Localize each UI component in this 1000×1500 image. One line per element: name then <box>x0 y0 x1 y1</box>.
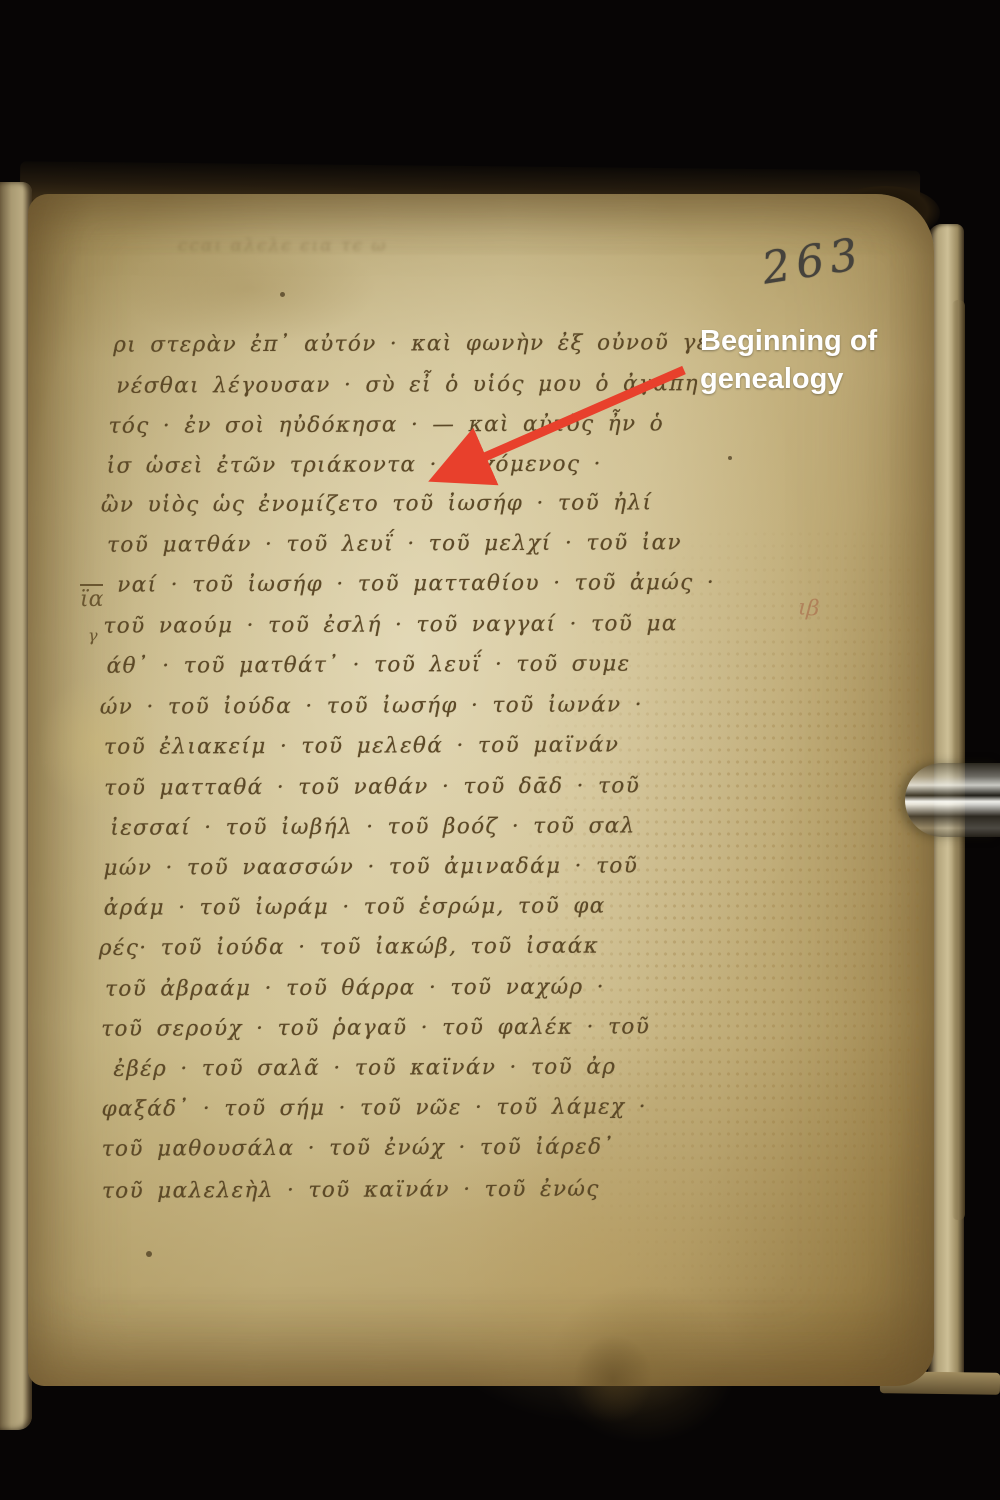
manuscript-line: τοῦ ναούμ · τοῦ ἐσλή · τοῦ ναγγαί · τοῦ … <box>103 610 677 641</box>
manuscript-line: ρές· τοῦ ἰούδα · τοῦ ἰακώβ, τοῦ ἰσαάκ <box>99 933 599 963</box>
manuscript-line: τοῦ ματθάν · τοῦ λευΐ · τοῦ μελχί · τοῦ … <box>107 529 682 560</box>
manuscript-line: ρι στερὰν ἐπ᾽ αὐτόν · καὶ φωνὴν ἐξ οὐνοῦ… <box>113 329 710 360</box>
manuscript-line: άθ᾽ · τοῦ ματθάτ᾽ · τοῦ λευΐ · τοῦ συμε <box>107 650 631 680</box>
manuscript-line: τοῦ ματταθά · τοῦ ναθάν · τοῦ δᾱδ · τοῦ <box>104 772 640 802</box>
manuscript-line: τός · ἐν σοὶ ηὐδόκησα · — καὶ αὐτὸς ἦν ὁ <box>109 410 665 440</box>
manuscript-text-block: ρι στερὰν ἐπ᾽ αὐτόν · καὶ φωνὴν ἐξ οὐνοῦ… <box>0 0 1000 1500</box>
manuscript-line: τοῦ ἀβραάμ · τοῦ θάρρα · τοῦ ναχώρ · <box>105 974 605 1004</box>
manuscript-line: μών · τοῦ ναασσών · τοῦ ἀμιναδάμ · τοῦ <box>103 852 638 882</box>
manuscript-line: ἰσ ὡσεὶ ἐτῶν τριάκοντα · ἀρχόμενος · <box>107 451 602 481</box>
manuscript-line: τοῦ μαλελεὴλ · τοῦ καϊνάν · τοῦ ἐνώς <box>102 1176 600 1206</box>
manuscript-line: ἀράμ · τοῦ ἰωράμ · τοῦ ἑσρώμ, τοῦ φα <box>104 893 606 923</box>
manuscript-line: νέσθαι λέγουσαν · σὺ εἶ ὁ υἱός μου ὁ ἀγα… <box>116 370 699 401</box>
manuscript-line: τοῦ ἐλιακείμ · τοῦ μελεθά · τοῦ μαϊνάν <box>104 731 619 761</box>
manuscript-line: ὢν υἱὸς ὡς ἐνομίζετο τοῦ ἰωσήφ · τοῦ ἠλί <box>101 489 653 519</box>
annotation-line-1: Beginning of <box>700 322 990 360</box>
acrylic-page-holder <box>905 763 1000 837</box>
manuscript-line: ναί · τοῦ ἰωσήφ · τοῦ ματταθίου · τοῦ ἀμ… <box>117 569 715 600</box>
manuscript-line: τοῦ σερούχ · τοῦ ῥαγαῦ · τοῦ φαλέκ · τοῦ <box>101 1013 650 1043</box>
annotation-line-2: genealogy <box>700 360 990 398</box>
manuscript-line: ἰεσσαί · τοῦ ἰωβήλ · τοῦ βοόζ · τοῦ σαλ <box>110 812 635 842</box>
manuscript-line: τοῦ μαθουσάλα · τοῦ ἐνώχ · τοῦ ἰάρεδ᾽ <box>102 1134 615 1164</box>
manuscript-line: ἐβέρ · τοῦ σαλᾶ · τοῦ καϊνάν · τοῦ ἀρ <box>113 1053 616 1083</box>
manuscript-line: φαξάδ᾽ · τοῦ σήμ · τοῦ νῶε · τοῦ λάμεχ · <box>102 1093 648 1123</box>
manuscript-line: ών · τοῦ ἰούδα · τοῦ ἰωσήφ · τοῦ ἰωνάν · <box>100 691 643 721</box>
annotation-label: Beginning of genealogy <box>700 322 990 398</box>
manuscript-photo: ϲϲαι αλϵλϵ ϵια τϵ ω ϊα γ ιβ 263 ρι στερὰ… <box>0 0 1000 1500</box>
